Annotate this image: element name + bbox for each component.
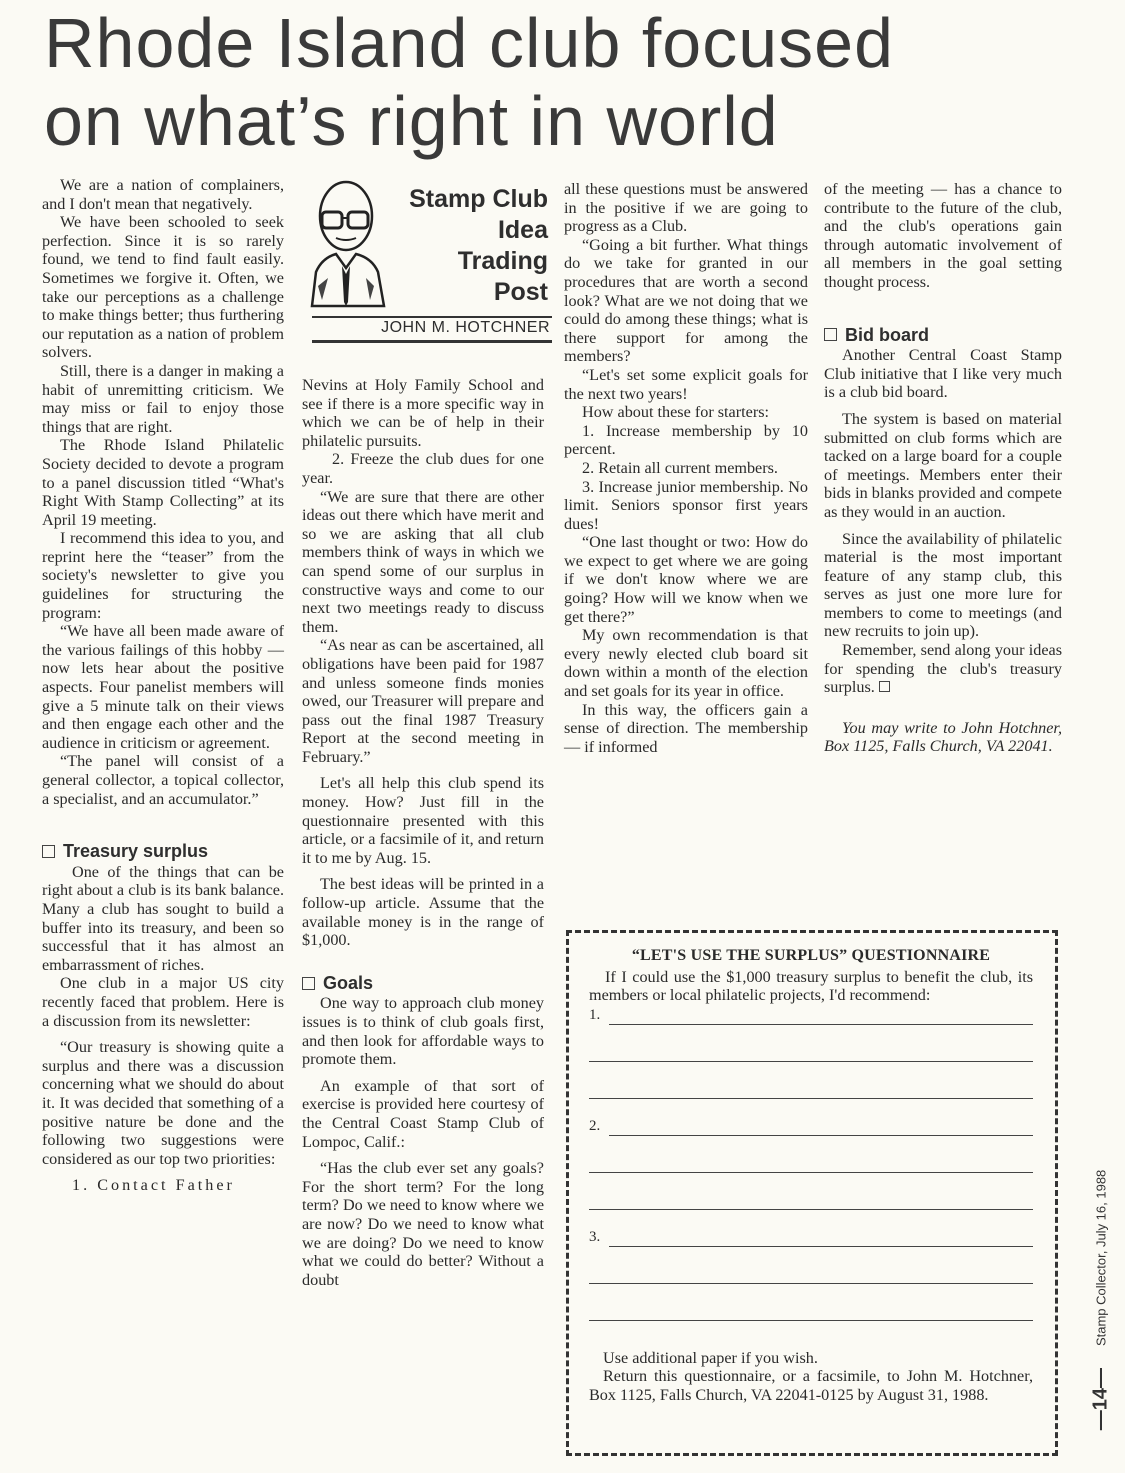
answer-line-2[interactable]: 2. (589, 1099, 1033, 1136)
paragraph: My own recommendation is that every newl… (564, 626, 808, 700)
headline-line-2: on what’s right in world (44, 82, 779, 160)
headline: Rhode Island club focused on what’s righ… (44, 4, 1044, 160)
paragraph: 1. Contact Father (42, 1176, 284, 1195)
answer-line-3-cont[interactable] (589, 1247, 1033, 1284)
paragraph: “Has the club ever set any goals? For th… (302, 1159, 544, 1289)
divider (312, 340, 552, 343)
paragraph: “As near as can be ascertained, all obli… (302, 636, 544, 766)
paragraph: One way to approach club money issues is… (302, 994, 544, 1068)
answer-line-2-cont[interactable] (589, 1136, 1033, 1173)
list-item: 2. Retain all current members. (564, 459, 808, 478)
paragraph: I recommend this idea to you, and reprin… (42, 529, 284, 622)
answer-line-2-cont[interactable] (589, 1173, 1033, 1210)
list-item: 1. Increase membership by 10 percent. (564, 422, 808, 459)
paragraph: all these questions must be answered in … (564, 180, 808, 236)
paragraph: In this way, the officers gain a sense o… (564, 701, 808, 757)
headline-line-1: Rhode Island club focused (44, 4, 894, 82)
paragraph: “One last thought or two: How do we expe… (564, 533, 808, 626)
subhead-goals: Goals (302, 974, 544, 993)
questionnaire-form: “LET'S USE THE SURPLUS” QUESTIONNAIRE If… (566, 930, 1058, 1456)
column-logo-title: Stamp Club Idea Trading Post (409, 184, 548, 308)
column-4: of the meeting — has a chance to contrib… (824, 180, 1062, 756)
checkbox-square-icon (824, 328, 837, 341)
paragraph: “We have all been made aware of the vari… (42, 622, 284, 752)
paragraph: One of the things that can be right abou… (42, 863, 284, 975)
answer-line-3-cont[interactable] (589, 1284, 1033, 1321)
column-3: all these questions must be answered in … (564, 180, 808, 756)
paragraph: The best ideas will be printed in a foll… (302, 875, 544, 949)
subhead-treasury-surplus: Treasury surplus (42, 842, 284, 861)
subhead-bid-board: Bid board (824, 326, 1062, 345)
questionnaire-return-instructions: Return this questionnaire, or a facsimil… (589, 1367, 1033, 1404)
paragraph: We are a nation of complainers, and I do… (42, 176, 284, 213)
paragraph: Since the availability of philatelic mat… (824, 530, 1062, 642)
paragraph: “Our treasury is showing quite a surplus… (42, 1038, 284, 1168)
divider (312, 316, 552, 318)
column-logo: Stamp Club Idea Trading Post JOHN M. HOT… (306, 176, 552, 344)
paragraph: 2. Freeze the club dues for one year. (302, 450, 544, 487)
end-mark-square-icon (879, 681, 890, 692)
paragraph: Remember, send along your ideas for spen… (824, 641, 1062, 697)
paragraph: Let's all help this club spend its money… (302, 774, 544, 867)
answer-line-1-cont[interactable] (589, 1025, 1033, 1062)
paragraph: Nevins at Holy Family School and see if … (302, 376, 544, 450)
page-folio: —14— Stamp Collector, July 16, 1988 (1086, 1140, 1116, 1460)
paragraph: Still, there is a danger in making a hab… (42, 362, 284, 436)
paragraph: of the meeting — has a chance to contrib… (824, 180, 1062, 292)
paragraph: “Let's set some explicit goals for the n… (564, 366, 808, 403)
questionnaire-note: Use additional paper if you wish. (589, 1349, 1033, 1368)
byline: JOHN M. HOTCHNER (381, 319, 550, 337)
column-1: We are a nation of complainers, and I do… (42, 176, 284, 1195)
paragraph: “We are sure that there are other ideas … (302, 488, 544, 637)
paragraph: An example of that sort of exercise is p… (302, 1077, 544, 1151)
paragraph: The system is based on material submitte… (824, 410, 1062, 522)
paragraph: We have been schooled to seek perfection… (42, 213, 284, 362)
paragraph: Another Central Coast Stamp Club initiat… (824, 346, 1062, 402)
answer-line-1[interactable]: 1. (589, 1005, 1033, 1025)
checkbox-square-icon (42, 845, 55, 858)
checkbox-square-icon (302, 977, 315, 990)
list-item: 3. Increase junior membership. No limit.… (564, 478, 808, 534)
paragraph: One club in a major US city recently fac… (42, 974, 284, 1030)
author-portrait-icon (308, 176, 394, 316)
paragraph: The Rhode Island Philatelic Society deci… (42, 436, 284, 529)
publication-dateline: Stamp Collector, July 16, 1988 (1094, 1170, 1109, 1346)
paragraph: “Going a bit further. What things do we … (564, 236, 808, 366)
questionnaire-title: “LET'S USE THE SURPLUS” QUESTIONNAIRE (589, 947, 1033, 966)
paragraph: “The panel will consist of a general col… (42, 752, 284, 808)
questionnaire-intro: If I could use the $1,000 treasury surpl… (589, 968, 1033, 1005)
answer-line-1-cont[interactable] (589, 1062, 1033, 1099)
column-2: Nevins at Holy Family School and see if … (302, 376, 544, 1289)
page-number: —14— (1090, 1368, 1113, 1430)
paragraph: How about these for starters: (564, 403, 808, 422)
author-contact: You may write to John Hotchner, Box 1125… (824, 719, 1062, 756)
answer-line-3[interactable]: 3. (589, 1210, 1033, 1247)
